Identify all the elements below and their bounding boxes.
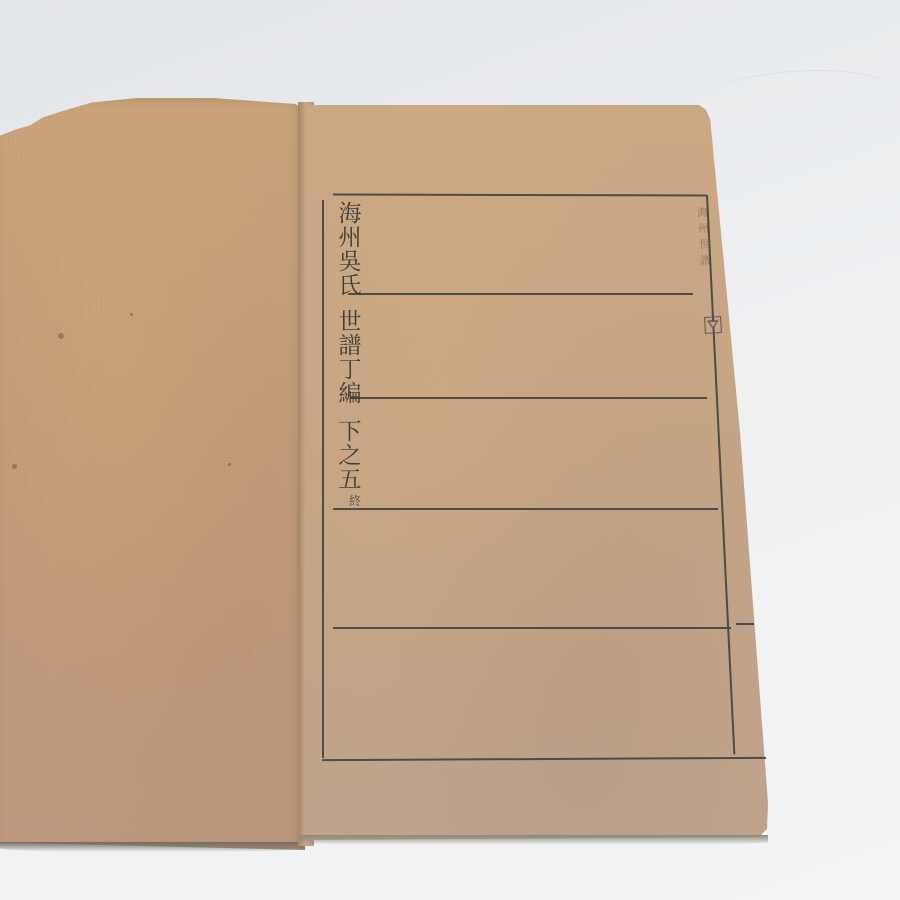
title-char: 編 [339, 382, 362, 406]
margin-char: 譜 [699, 253, 711, 270]
stain [130, 313, 133, 316]
title-char: 之 [339, 444, 362, 468]
end-mark: 終 [349, 494, 361, 508]
left-page-shadow [0, 842, 305, 852]
title-char: 氏 [339, 274, 362, 298]
title-clan-name: 海 州 吳 氏 [339, 202, 362, 298]
book-title-column: 海 州 吳 氏 世 譜 丁 編 下 之 五 終 [333, 200, 367, 508]
title-volume-name: 世 譜 丁 編 [339, 310, 362, 406]
fish-tail-icon [704, 316, 723, 335]
register-line-2 [350, 397, 707, 399]
margin-char: 世 [699, 237, 711, 254]
page-bottom-edge [300, 835, 768, 845]
title-char: 下 [339, 420, 362, 444]
stain [58, 333, 64, 339]
register-line-1 [348, 293, 693, 295]
margin-char: 海 [697, 205, 709, 222]
stain [12, 464, 17, 469]
frame-left-line [322, 200, 324, 758]
register-line-3 [333, 508, 718, 510]
title-char: 譜 [339, 334, 362, 358]
margin-title: 海 州 世 譜 [694, 205, 713, 270]
margin-char: 州 [698, 221, 710, 238]
title-part-number: 下 之 五 終 [339, 420, 362, 508]
left-page-blank [0, 98, 305, 850]
register-line-4-margin [736, 623, 754, 625]
title-char: 丁 [339, 358, 362, 382]
title-char: 海 [339, 202, 362, 226]
title-char: 五 [339, 468, 362, 492]
photo-scene: 海 州 吳 氏 世 譜 丁 編 下 之 五 終 海 州 世 譜 [0, 0, 900, 900]
title-char: 州 [339, 226, 362, 250]
stain [228, 463, 231, 466]
register-line-4 [333, 627, 731, 629]
title-char: 吳 [339, 250, 362, 274]
title-char: 世 [339, 310, 362, 334]
